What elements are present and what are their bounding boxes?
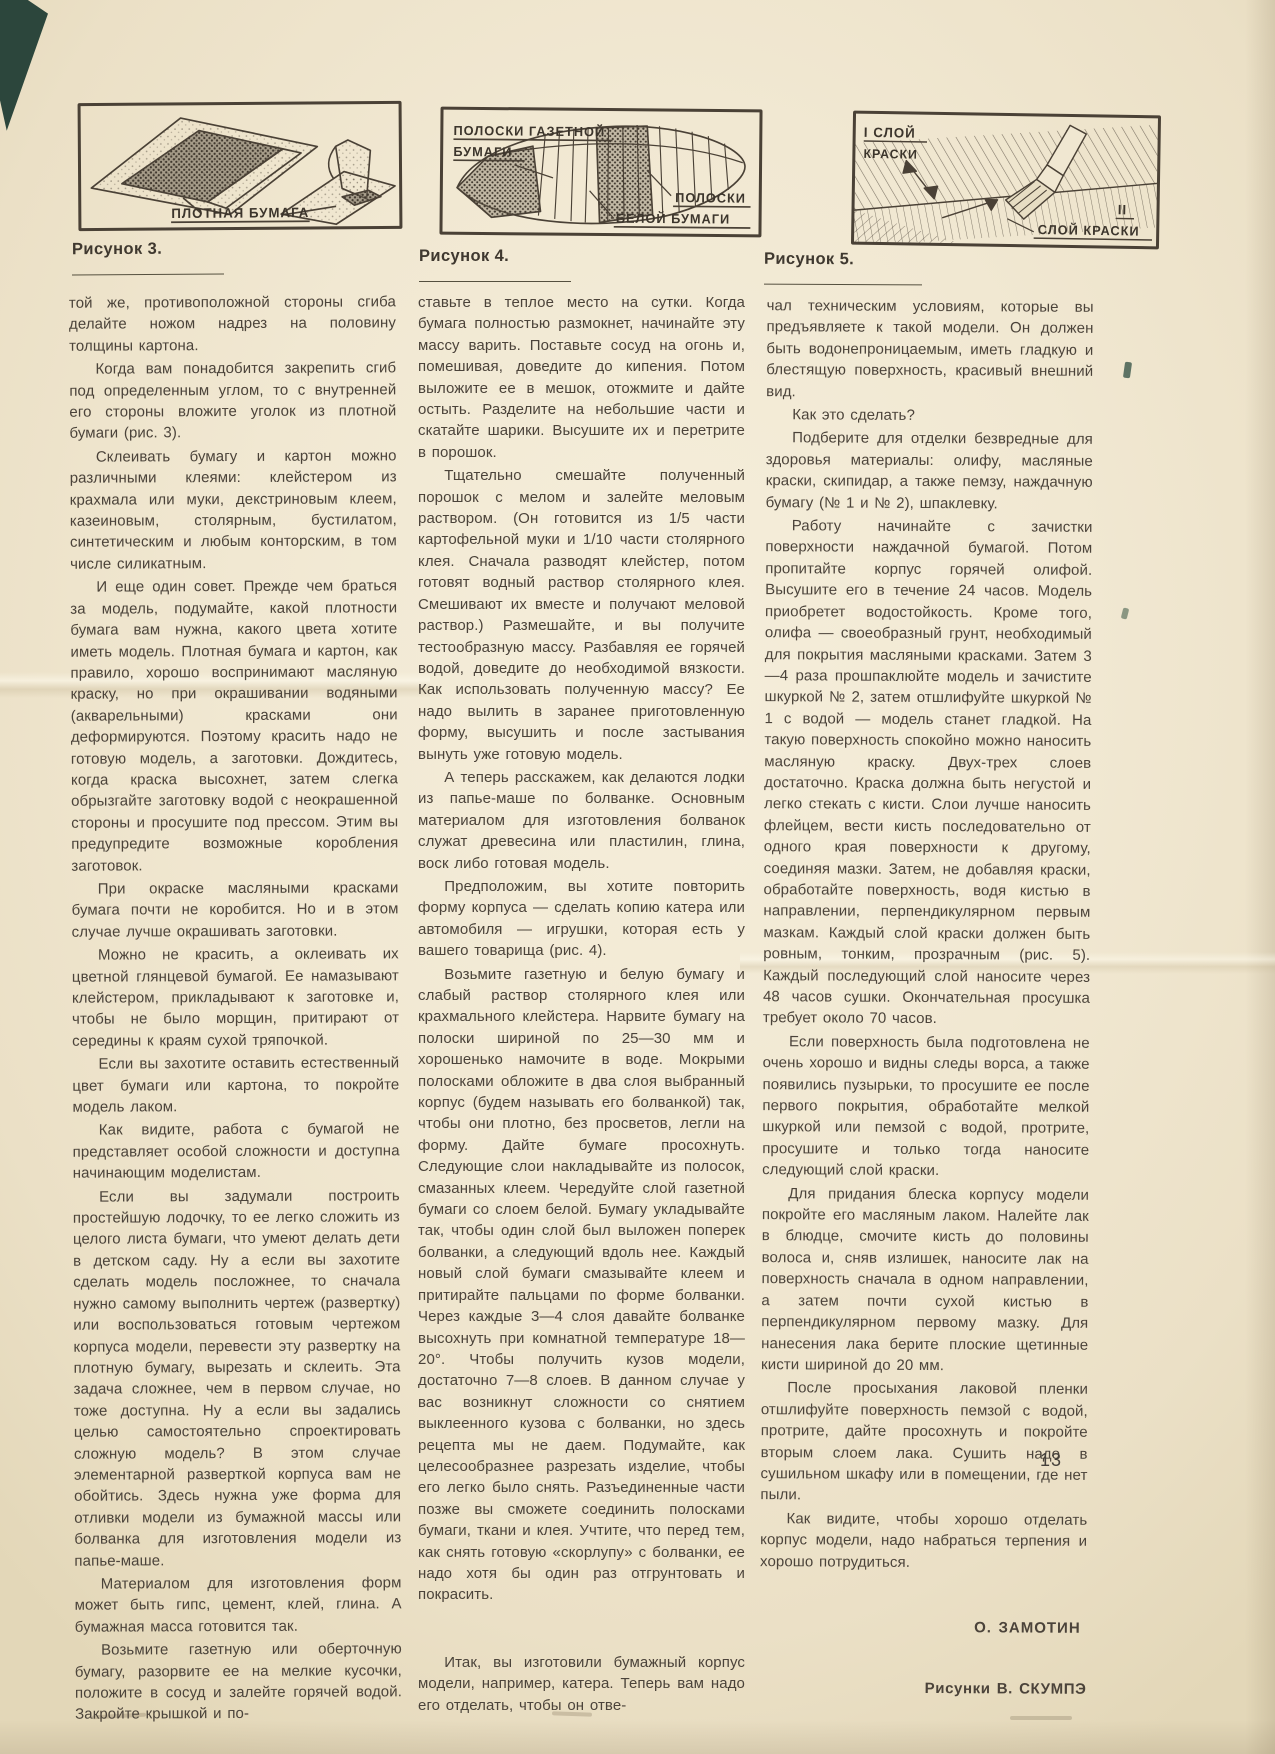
scan-edge-shadow-right	[1245, 0, 1275, 1754]
text-column-2: ставьте в теплое место на сутки. Когда б…	[418, 292, 745, 1718]
figure-3-caption: Рисунок 3.	[72, 240, 162, 259]
paragraph: Как видите, чтобы хорошо отделать корпус…	[760, 1508, 1087, 1574]
paragraph: Если поверхность была подготовлена не оч…	[762, 1031, 1090, 1183]
scan-artifact	[1010, 1716, 1072, 1720]
column-1-paragraphs: той же, противоположной стороны сгиба де…	[69, 291, 402, 1725]
figure-label: КРАСКИ	[863, 147, 918, 162]
paragraph: А теперь расскажем, как делаются лодки и…	[418, 767, 745, 874]
paragraph: При окраске масляными красками бумага по…	[71, 877, 398, 943]
paragraph: Тщательно смешайте полученный порошок с …	[418, 465, 745, 765]
scan-corner-artifact	[0, 0, 48, 152]
figure-4-illustration: ПОЛОСКИ ГАЗЕТНОЙ БУМАГИ ПОЛОСКИ БЕЛОЙ БУ…	[442, 110, 759, 235]
caption-rule	[419, 281, 571, 282]
figure-label: I СЛОЙ	[864, 125, 916, 141]
paragraph: После просыхания лаковой пленки отшлифуй…	[760, 1377, 1088, 1507]
figure-label: ПЛОТНАЯ БУМАГА	[171, 205, 309, 221]
paragraph: Подберите для отделки безвредные для здо…	[766, 428, 1093, 515]
figure-label: БУМАГИ	[453, 144, 512, 160]
paragraph: Склеивать бумагу и картон можно различны…	[70, 445, 398, 575]
figure-3-box: ПЛОТНАЯ БУМАГА	[78, 101, 403, 231]
illustrator-credit: Рисунки В. СКУМПЭ	[759, 1678, 1086, 1701]
figure-label: БЕЛОЙ БУМАГИ	[616, 210, 730, 226]
scan-edge-mark	[1121, 607, 1129, 619]
paragraph: той же, противоположной стороны сгиба де…	[69, 291, 396, 357]
paragraph: Итак, вы изготовили бумажный корпус моде…	[418, 1652, 745, 1716]
figure-5-caption: Рисунок 5.	[764, 250, 854, 269]
paragraph: Работу начинайте с зачистки поверхности …	[763, 515, 1093, 1030]
paragraph: ставьте в теплое место на сутки. Когда б…	[418, 292, 745, 463]
figure-3-illustration: ПЛОТНАЯ БУМАГА	[81, 104, 400, 228]
paragraph: Если вы захотите оставить естественный ц…	[72, 1053, 399, 1119]
author-signature: О. ЗАМОТИН	[760, 1616, 1087, 1639]
paragraph: Можно не красить, а оклеивать их цветной…	[72, 943, 399, 1051]
figure-5-illustration: I СЛОЙ КРАСКИ II СЛОЙ КРАСКИ	[854, 114, 1158, 247]
figure-label: СЛОЙ КРАСКИ	[1038, 222, 1140, 239]
column-2-paragraphs: ставьте в теплое место на сутки. Когда б…	[418, 292, 745, 1606]
page-number: 13	[1040, 1450, 1062, 1471]
text-column-1: той же, противоположной стороны сгиба де…	[69, 291, 402, 1727]
paragraph: Возьмите газетную или оберточную бумагу,…	[75, 1638, 402, 1725]
paragraph: Как видите, работа с бумагой не представ…	[72, 1119, 399, 1185]
figure-4-box: ПОЛОСКИ ГАЗЕТНОЙ БУМАГИ ПОЛОСКИ БЕЛОЙ БУ…	[439, 107, 762, 238]
figure-5-box: I СЛОЙ КРАСКИ II СЛОЙ КРАСКИ	[851, 111, 1161, 250]
paragraph: Возьмите газетную и белую бумагу и слабы…	[418, 964, 745, 1606]
column-3-paragraphs: чал техническим условиям, которые вы пре…	[760, 295, 1094, 1574]
figure-4-caption: Рисунок 4.	[419, 247, 509, 266]
paragraph: Как это сделать?	[766, 404, 1093, 427]
paragraph: И еще один совет. Прежде чем браться за …	[70, 576, 398, 877]
caption-rule	[764, 284, 922, 286]
paragraph: Материалом для изготовления форм может б…	[74, 1572, 401, 1638]
figure-label: II	[1118, 202, 1128, 217]
paragraph: Предположим, вы хотите повторить форму к…	[418, 876, 745, 962]
caption-rule	[72, 273, 224, 275]
paragraph: Для придания блеска корпусу модели покро…	[761, 1183, 1089, 1377]
paragraph: чал техническим условиям, которые вы пре…	[766, 295, 1094, 404]
scan-edge-mark	[1123, 362, 1132, 379]
paragraph: Если вы задумали построить простейшую ло…	[73, 1185, 402, 1572]
text-column-3: чал техническим условиям, которые вы пре…	[759, 295, 1093, 1702]
figure-label: ПОЛОСКИ	[675, 190, 746, 206]
magazine-page: ПЛОТНАЯ БУМАГА	[0, 0, 1275, 1754]
paragraph: Когда вам понадобится закрепить сгиб под…	[69, 358, 396, 445]
figure-label: ПОЛОСКИ ГАЗЕТНОЙ	[453, 123, 605, 140]
